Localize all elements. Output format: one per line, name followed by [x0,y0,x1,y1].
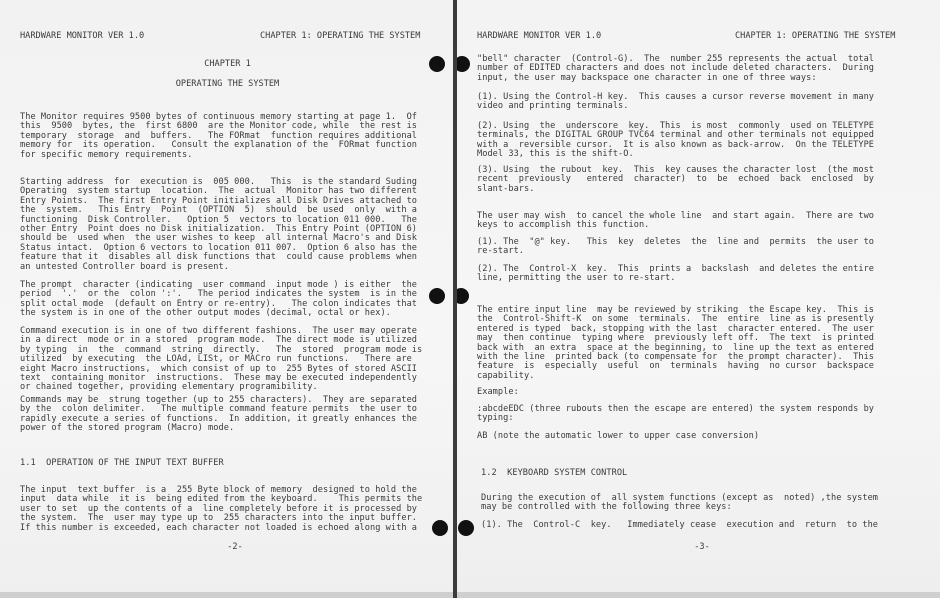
paragraph-system-control: During the execution of all system funct… [481,494,878,513]
paragraph-command-execution: Command execution is in one of two diffe… [20,327,422,393]
section-heading-1-1: 1.1 OPERATION OF THE INPUT TEXT BUFFER [20,459,224,468]
example-input: :abcdeEDC (three rubouts then the escape… [477,405,874,424]
paragraph-escape-review: The entire input line may be reviewed by… [477,306,874,381]
list-item-underscore: (2). Using the underscore key. This is m… [477,122,874,160]
running-header-left: HARDWARE MONITOR VER 1.0 [20,31,144,41]
paragraph-prompt-character: The prompt character (indicating user co… [20,281,417,319]
paragraph-bell-character: "bell" character (Control-G). The number… [477,55,874,83]
document-page-left: HARDWARE MONITOR VER 1.0 CHAPTER 1: OPER… [0,0,453,598]
paragraph-starting-address: Starting address for execution is 005 00… [20,178,417,272]
example-label: Example: [477,388,519,397]
running-header-right: CHAPTER 1: OPERATING THE SYSTEM [260,31,420,41]
punch-hole [458,520,474,536]
list-item-control-h: (1). Using the Control-H key. This cause… [477,93,874,112]
list-item-control-x: (2). The Control-X key. This prints a ba… [477,265,874,284]
list-item-rubout: (3). Using the rubout key. This key caus… [477,166,874,194]
paragraph-memory-requirements: The Monitor requires 9500 bytes of conti… [20,113,417,160]
page-number: -3- [457,542,940,552]
page-number: -2- [0,542,453,552]
document-page-right: HARDWARE MONITOR VER 1.0 CHAPTER 1: OPER… [457,0,940,598]
chapter-title: OPERATING THE SYSTEM [0,79,453,89]
punch-hole [432,520,448,536]
list-item-control-c: (1). The Control-C key. Immediately ceas… [481,521,878,530]
paragraph-cancel-line: The user may wish to cancel the whole li… [477,212,874,231]
example-output: AB (note the automatic lower to upper ca… [477,432,759,441]
section-heading-1-2: 1.2 KEYBOARD SYSTEM CONTROL [481,469,627,478]
paragraph-input-text-buffer: The input text buffer is a 255 Byte bloc… [20,486,422,533]
punch-hole [457,288,469,304]
punch-hole [429,288,445,304]
running-header-right: CHAPTER 1: OPERATING THE SYSTEM [735,31,895,41]
page-edge-shadow [0,592,453,598]
page-edge-shadow [457,592,940,598]
running-header-left: HARDWARE MONITOR VER 1.0 [477,31,601,41]
punch-hole [429,56,445,72]
list-item-at-key: (1). The "@" key. This key deletes the l… [477,238,874,257]
punch-hole [457,56,470,72]
chapter-number: CHAPTER 1 [0,59,453,69]
paragraph-command-strings: Commands may be strung together (up to 2… [20,396,417,434]
